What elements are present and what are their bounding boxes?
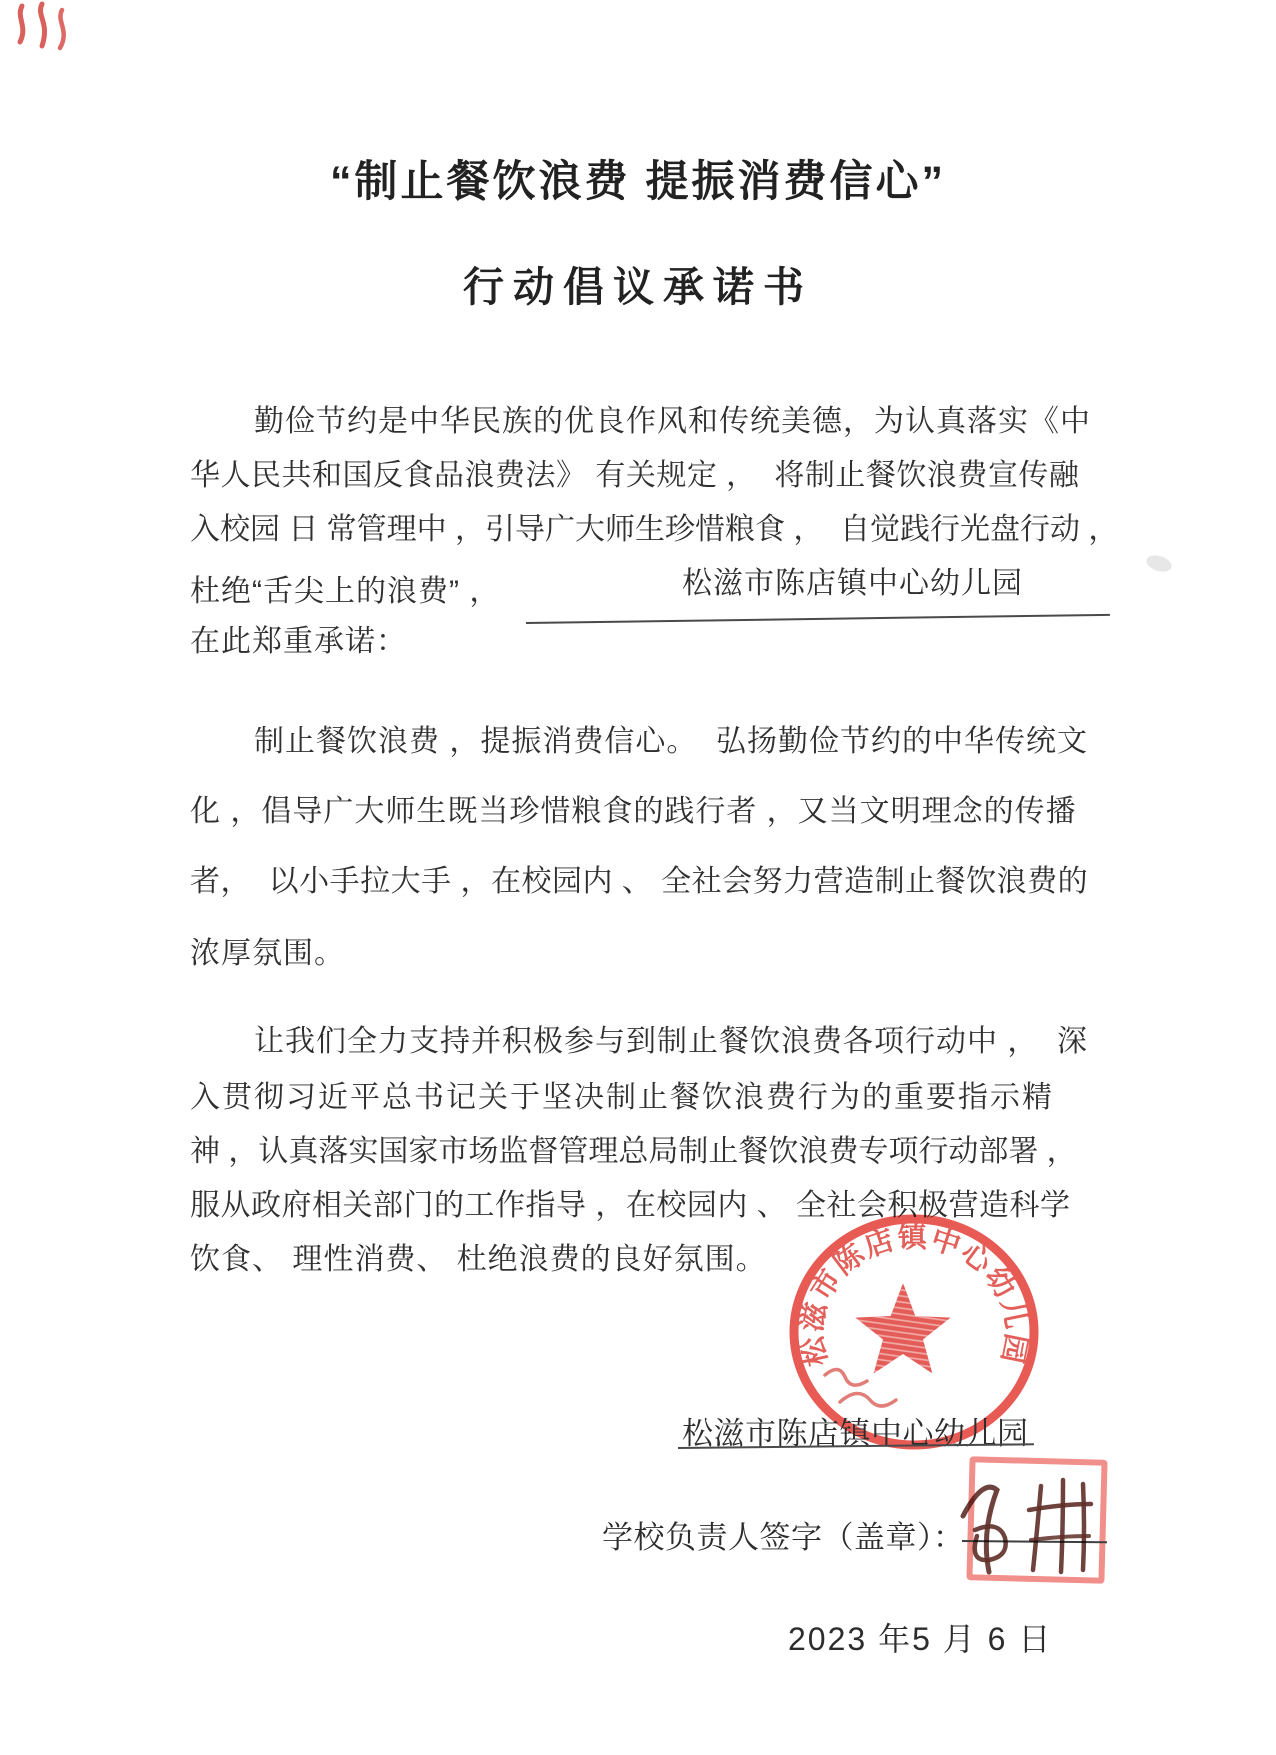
handwritten-signature — [945, 1468, 1125, 1600]
paragraph1-line: 华人民共和国反食品浪费法》 有关规定 ， 将制止餐饮浪费宣传融 — [190, 450, 1079, 494]
signature-label: 学校负责人签字（盖章）： — [602, 1512, 965, 1557]
paragraph1-line: 入校园 日 常管理中 ，引导广大师生珍惜粮食 ， 自觉践行光盘行动 ， — [190, 504, 1118, 548]
paragraph1-line: 杜绝“舌尖上的浪费” ， — [190, 566, 500, 610]
paragraph3-line: 入贯彻习近平总书记关于坚决制止餐饮浪费行为的重要指示精 — [190, 1072, 1054, 1116]
document-title-line2: 行动倡议承诺书 — [0, 254, 1276, 313]
filled-blank-school-name: 松滋市陈店镇中心幼儿园 — [682, 558, 1023, 602]
paragraph2-line: 者， 以小手拉大手 ，在校园内 、 全社会努力营造制止餐饮浪费的 — [190, 856, 1088, 900]
paragraph1-line: 勤俭节约是中华民族的优良作风和传统美德，为认真落实《中 — [190, 396, 1091, 440]
paragraph3-line: 神 ，认真落实国家市场监督管理总局制止餐饮浪费专项行动部署 ， — [190, 1126, 1077, 1170]
scanned-commitment-letter: “制止餐饮浪费 提振消费信心” 行动倡议承诺书 勤俭节约是中华民族的优良作风和传… — [0, 0, 1276, 1755]
fill-in-blank-underline — [526, 614, 1110, 624]
scan-smudge — [1144, 552, 1173, 574]
paragraph2-line: 化 ，倡导广大师生既当珍惜粮食的践行者 ，又当文明理念的传播 — [190, 786, 1077, 830]
paragraph2-line: 浓厚氛围。 — [190, 928, 345, 972]
document-title-line1: “制止餐饮浪费 提振消费信心” — [0, 148, 1276, 209]
paragraph2-line: 制止餐饮浪费 ，提振消费信心。 弘扬勤俭节约的中华传统文 — [190, 716, 1088, 760]
paragraph3-line: 让我们全力支持并积极参与到制止餐饮浪费各项行动中 ， 深 — [190, 1016, 1088, 1060]
paragraph1-closing: 在此郑重承诺： — [190, 616, 407, 660]
date: 2023 年5 月 6 日 — [788, 1614, 1052, 1660]
paragraph3-line: 饮食、 理性消费、 杜绝浪费的良好氛围。 — [190, 1234, 767, 1278]
red-scribble-mark-icon — [8, 0, 92, 64]
